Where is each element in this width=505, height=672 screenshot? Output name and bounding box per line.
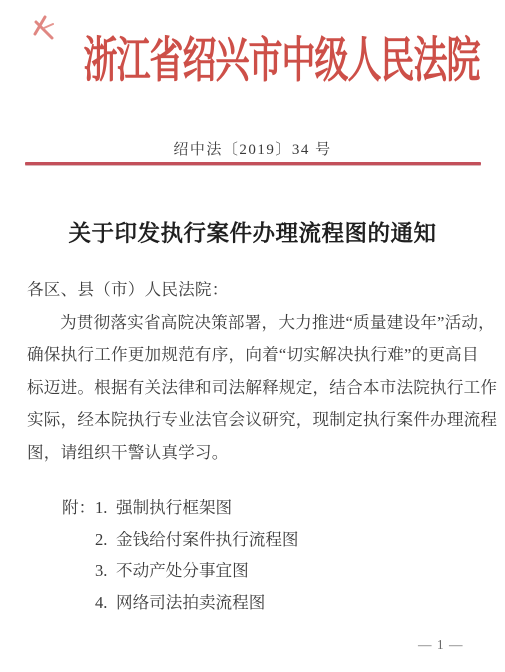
notice-body: 各区、县（市）人民法院： 为贯彻落实省高院决策部署，大力推进“质量建设年”活动，… [27,274,479,470]
attachment-title: 强制执行框架图 [116,498,232,517]
attachment-number: 1. [95,492,116,524]
attachment-number: 3. [95,555,116,587]
paragraph-line: 图，请组织干警认真学习。 [27,437,479,470]
attachment-title: 不动产处分事宜图 [116,561,249,580]
attachment-item: 附：1.强制执行框架图 [62,492,299,524]
attachment-title: 金钱给付案件执行流程图 [116,530,299,549]
notice-title: 关于印发执行案件办理流程图的通知 [0,216,505,248]
red-ink-mark-icon [30,12,56,40]
attachment-list: 附：1.强制执行框架图 2.金钱给付案件执行流程图 3.不动产处分事宜图 4.网… [62,492,299,618]
court-name-header: 浙江省绍兴市中级人民法院 [58,21,505,91]
attachment-number: 2. [95,524,116,556]
attachment-title: 网络司法拍卖流程图 [116,593,265,612]
attachment-number: 4. [95,587,116,619]
attachment-label: 附： [62,492,95,524]
attachment-item: 3.不动产处分事宜图 [62,555,299,587]
page-number: — 1 — [418,637,464,653]
attachment-item: 2.金钱给付案件执行流程图 [62,524,299,556]
paragraph-line: 实际，经本院执行专业法官会议研究，现制定执行案件办理流程 [27,404,479,437]
salutation-line: 各区、县（市）人民法院： [27,274,479,307]
paragraph-line: 为贯彻落实省高院决策部署，大力推进“质量建设年”活动， [27,307,479,340]
scanned-notice-page: 浙江省绍兴市中级人民法院 绍中法〔2019〕34 号 关于印发执行案件办理流程图… [0,0,505,672]
document-number: 绍中法〔2019〕34 号 [0,138,505,159]
attachment-item: 4.网络司法拍卖流程图 [62,587,299,619]
paragraph-line: 确保执行工作更加规范有序，向着“切实解决执行难”的更高目 [27,339,479,372]
paragraph-line: 标迈进。根据有关法律和司法解释规定，结合本市法院执行工作 [27,372,479,405]
red-divider-rule [25,162,481,165]
